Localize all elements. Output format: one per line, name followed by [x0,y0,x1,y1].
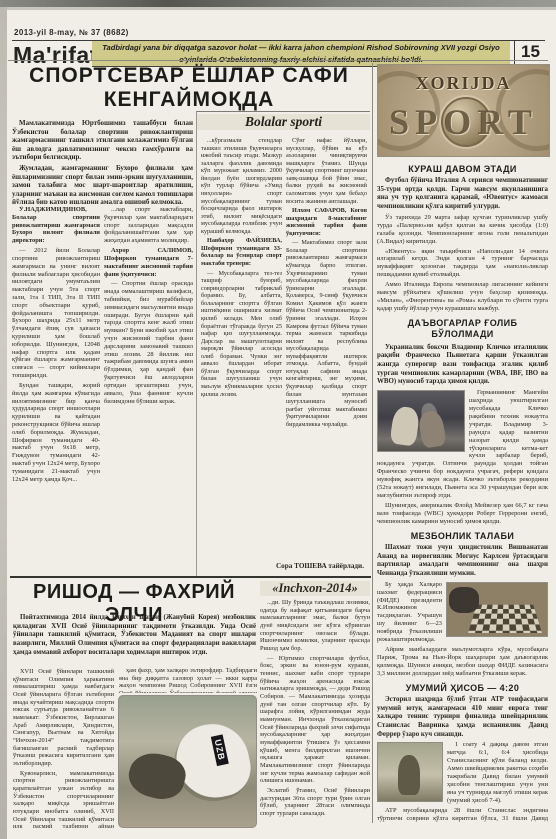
rishod-column-left: XVII Осиё ўйинлари ташкилий қўмитаси Оли… [13,668,114,828]
main-title-line2: КЕНГАЙМОҚДА [104,88,275,111]
body-paragraph: Шунингдек, америкалик Флойд Мейвезер ҳам… [377,502,548,526]
body-paragraph: — 2012 йили Болалар спортини ривожлантир… [12,247,100,380]
xorijda-sport-column: КУРАШ ДАВОМ ЭТАДИ Футбол бўйича Италия А… [377,159,548,823]
newspaper-page: 2013-yil 8-may, № 37 (8682) Ma'rifat Tad… [0,0,556,839]
scan-edge-top-shade [0,7,556,10]
body-paragraph: АТР мусобақаларида 28 ёшли Станислас энд… [377,807,548,823]
body-paragraph: XVII Осиё ўйинлари ташкилий қўмитаси Оли… [13,668,114,768]
body-paragraph: Сўнг нафас йўллари, мускуллар, бўйин ва … [286,137,367,205]
section-lead: Эсторил шаҳрида бўлиб ўтган АТР тоифасид… [377,696,548,739]
body-paragraph: — Юртимиз спортчилари футбол, бокс, эрки… [260,655,370,785]
speaker-name: Илхом САФАРОВ, Когон шаҳридаги 8-мактабн… [286,207,367,237]
bolalar-column-a: ...кўргазмали стендлар ташкил этилиши ўқ… [201,137,282,549]
section-title: УМУМИЙ ҲИСОБ — 4:20 [377,683,548,693]
body-paragraph: ...кўргазмали стендлар ташкил этилиши ўқ… [201,137,282,235]
xorijda-sport-logo: XORIJDA SPORT [377,64,550,157]
bolalar-column-b: Сўнг нафас йўллари, мускуллар, бўйин ва … [286,137,367,549]
body-paragraph: Қувонарлиси, мамлакатимизда спортни риво… [13,770,114,828]
speaker-name: Ахрор САЛИМОВ, Шофиркон туманидаги 7-мак… [104,247,193,278]
rishod-article-lead: Пойтахтимизда 2014 йилда Инчхон шаҳри (Ж… [13,614,256,665]
main-article-column-2: ...лар спорт мактаблари, ўқувчилар ҳам м… [104,206,193,572]
judo-photo: UZB [118,695,257,828]
column-divider-vertical [372,63,373,823]
body-paragraph: ...ди. Шу ўринда таъкидлаш лозимки, одат… [260,599,370,653]
section-lead: Шахмат тожи учун ҳиндистонлик Вишванатан… [377,544,548,579]
intro-paragraph: Жумладан, жамғарманинг Бухоро филиали ҳа… [12,164,193,204]
main-article-title: СПОРТСЕВАР ЁШЛАР САФИКЕНГАЙМОҚДА [8,64,370,112]
speaker-name: Ў.НАДЖИМИДИНОВ, Болалар спортини ривожла… [12,206,100,245]
lead-paragraph: Пойтахтимизда 2014 йилда Инчхон шаҳри (Ж… [13,614,256,657]
body-paragraph: Ўз тарихида 29 марта зафар қучган туринл… [377,214,548,246]
section-lead: Футбол бўйича Италия А серияси чемпионат… [377,177,548,212]
page-number: 15 [514,40,546,66]
main-article-column-1: Ў.НАДЖИМИДИНОВ, Болалар спортини ривожла… [12,206,100,572]
inchxon-column: «Inchxon-2014» ...ди. Шу ўринда таъкидла… [260,581,370,821]
body-paragraph: — Спортни ёшлар орасида янада оммалаштир… [104,280,193,405]
section-title: МЕЗБОНЛИК ТАЛАБИ [377,531,548,541]
main-title-line1: СПОРТСЕВАР ЁШЛАР САФИ [29,64,349,87]
inchxon-title: «Inchxon-2014» [260,581,370,596]
boxing-photo [377,390,465,452]
judo-uzb-back-patch: UZB [211,734,229,765]
header-rule-bottom [8,60,548,61]
intro-paragraph: Мамлакатимизда Юртбошимиз ташаббуси била… [12,119,193,162]
bolalar-sporti-box: Bolalar sporti ...кўргазмали стендлар та… [196,111,370,576]
body-paragraph: ...лар спорт мактаблари, ўқувчилар ҳам м… [104,206,193,245]
tennis-photo [377,742,443,802]
article-byline: Сора ТОШЕВА тайёрлади. [276,562,364,570]
section-title: КУРАШ ДАВОМ ЭТАДИ [377,164,548,174]
issue-date: 2013-yil 8-may, № 37 (8682) [14,28,129,37]
body-paragraph: Айрим манбалардаги маълумотларга кўра, м… [377,646,548,678]
body-paragraph: ҳам фахр, ҳам халқаро эътирофдир. Тадбир… [119,667,257,693]
body-paragraph: — Мактабимиз спорт зали Болалар спортини… [286,239,367,428]
section-divider-horizontal [10,576,371,578]
speaker-name: Навбаҳор ФАЙЗИЕВА, Шофиркон туманидаги 3… [201,237,282,267]
chess-photo [446,582,548,637]
main-article-intro: Мамлакатимизда Юртбошимиз ташаббуси била… [12,119,193,204]
logo-word-xorijda: XORIJDA [378,73,549,94]
section-title: ДАЪВОГАРЛАР ҒОЛИБ БЎЛОЛМАДИ [377,318,548,341]
scan-edge-left [0,7,7,839]
body-paragraph: Эслатиб ўтамиз, Осиё ўйинлари дастуридан… [260,787,370,818]
scan-edge-top [0,0,556,7]
body-paragraph: Бундан ташқари, жорий йилда ҳам жамғарма… [12,382,100,484]
bolalar-sporti-title: Bolalar sporti [197,114,370,130]
logo-word-sport: SPORT [378,101,549,143]
body-paragraph: — Мусобақаларга тез-тез ташриф буюриб, с… [201,270,282,399]
section-lead: Украиналик боксчи Владимир Кличко италия… [377,344,548,387]
body-paragraph: «Ювентус» яқин таъқибчиси «Наполи»дан 14… [377,248,548,280]
body-paragraph: Аммо Италияда Европа чемпионлар лигасини… [377,281,548,313]
rishod-column-right: ҳам фахр, ҳам халқаро эътирофдир. Тадбир… [119,667,257,693]
